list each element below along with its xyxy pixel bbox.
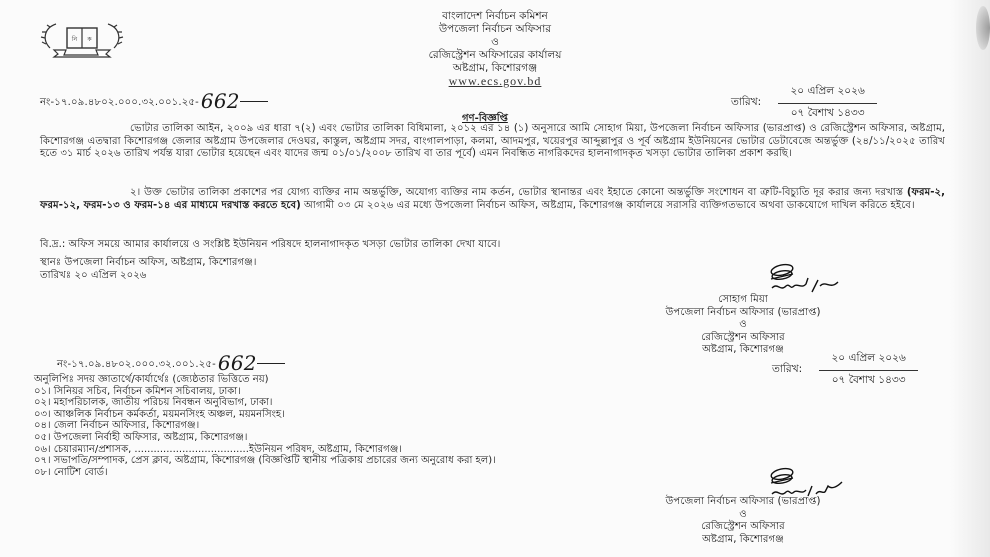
list-item: ০৬। চেয়ারম্যান/প্রশাসক, ...............…: [34, 444, 496, 456]
handwritten-ref: 662: [201, 89, 240, 113]
notice-date: তারিখঃ ২০ এপ্রিল ২০২৬: [40, 268, 147, 285]
list-item: ০৭। সভাপতি/সম্পাদক, প্রেস ক্লাব, অষ্টগ্র…: [34, 455, 496, 467]
website-link[interactable]: www.ecs.gov.bd: [330, 75, 660, 88]
list-item: ০৫। উপজেলা নির্বাহী অফিসার, অষ্টগ্রাম, ক…: [34, 432, 496, 444]
notice-note: বি.দ্র.: অফিস সময়ে আমার কার্যালয়ে ও সং…: [40, 237, 500, 254]
copy-distribution-list: অনুলিপিঃ সদয় জ্ঞাতার্থে/কার্যার্থেঃ (জ্…: [34, 374, 496, 478]
memo-reference: নং-১৭.০৯.৪৮০২.০০০.৩২.০০১.২৫-662: [40, 89, 268, 113]
handwritten-ref: 662: [218, 351, 257, 375]
election-commission-emblem-icon: নি ক: [36, 18, 128, 58]
signatory-block: সোহাগ মিয়া উপজেলা নির্বাচন অফিসার (ভারপ…: [593, 294, 893, 357]
notice-document: নি ক বাংলাদেশ নির্বাচন কমিশন উপজেলা নির্…: [0, 0, 990, 557]
signature-scrawl-icon: [768, 466, 868, 500]
list-item: ০২। মহাপরিচালক, জাতীয় পরিচয় নিবন্ধন অন…: [34, 397, 496, 409]
list-item: ০৩। আঞ্চলিক নির্বাচন কর্মকর্তা, ময়মনসিং…: [34, 409, 496, 421]
signatory-designation-2: রেজিস্ট্রেশন অফিসার: [593, 332, 893, 345]
copy-heading: অনুলিপিঃ সদয় জ্ঞাতার্থে/কার্যার্থেঃ (জ্…: [34, 374, 496, 386]
signatory-designation: উপজেলা নির্বাচন অফিসার (ভারপ্রাপ্ত): [593, 307, 893, 320]
scan-edge-shadow: [950, 0, 990, 557]
notice-paragraph-2: ২। উক্ত ভোটার তালিকা প্রকাশের পর যোগ্য ব…: [40, 187, 945, 212]
conjunction: ও: [330, 36, 660, 49]
date-bengali: ০৭ বৈশাখ ১৪৩৩: [778, 104, 876, 123]
office-title: উপজেলা নির্বাচন অফিসার: [330, 23, 660, 36]
svg-text:ক: ক: [86, 36, 92, 43]
signature-scrawl-icon: [768, 262, 868, 296]
notice-paragraph-1: ভোটার তালিকা আইন, ২০০৯ এর ধারা ৭(২) এবং …: [40, 123, 945, 161]
office-subtitle: রেজিস্ট্রেশন অফিসারের কার্যালয়: [330, 49, 660, 62]
memo-date: তারিখ: ২০ এপ্রিল ২০২৬ ০৭ বৈশাখ ১৪৩৩: [731, 84, 877, 123]
scan-edge-mark: [976, 6, 990, 50]
signatory-name: সোহাগ মিয়া: [593, 294, 893, 307]
date-gregorian: ২০ এপ্রিল ২০২৬: [778, 84, 876, 104]
copy-reference: নং-১৭.০৯.৪৮০২.০০০.৩২.০০১.২৫-662: [57, 351, 285, 375]
date-label: তারিখ:: [731, 95, 761, 112]
ref-number: নং-১৭.০৯.৪৮০২.০০০.৩২.০০১.২৫-: [40, 97, 199, 108]
list-item: ০৮। নোটিশ বোর্ড।: [34, 467, 496, 479]
copy-date: তারিখ: ২০ এপ্রিল ২০২৬ ০৭ বৈশাখ ১৪৩৩: [772, 351, 918, 390]
svg-text:নি: নি: [71, 36, 78, 43]
list-item: ০৪। জেলা নির্বাচন অফিসার, কিশোরগঞ্জ।: [34, 420, 496, 432]
letterhead: বাংলাদেশ নির্বাচন কমিশন উপজেলা নির্বাচন …: [330, 10, 660, 88]
org-name: বাংলাদেশ নির্বাচন কমিশন: [330, 10, 660, 23]
signatory-block-2: উপজেলা নির্বাচন অফিসার (ভারপ্রাপ্ত) ও রে…: [593, 496, 893, 546]
list-item: ০১। সিনিয়র সচিব, নির্বাচন কমিশন সচিবালয…: [34, 386, 496, 398]
